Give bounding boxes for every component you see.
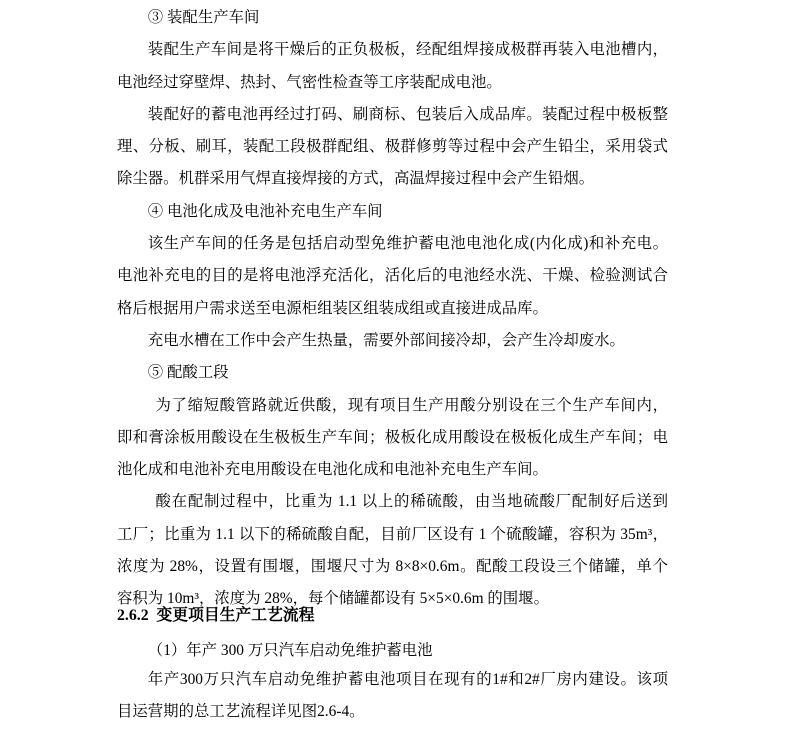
document-line: 目运营期的总工艺流程详见图2.6-4。 (117, 696, 668, 728)
document-line: ⑤ 配酸工段 (117, 357, 668, 389)
document-body: ③ 装配生产车间装配生产车间是将干燥后的正负极板，经配组焊接成极群再装入电池槽内… (117, 2, 668, 728)
document-line: ③ 装配生产车间 (117, 2, 668, 34)
document-page: ③ 装配生产车间装配生产车间是将干燥后的正负极板，经配组焊接成极群再装入电池槽内… (0, 0, 790, 737)
document-line: 浓度为 28%，设置有围堰，围堰尺寸为 8×8×0.6m。配酸工段设三个储罐，单… (117, 551, 668, 583)
document-line: 除尘器。机群采用气焊直接焊接的方式，高温焊接过程中会产生铅烟。 (117, 163, 668, 195)
document-line: 装配生产车间是将干燥后的正负极板，经配组焊接成极群再装入电池槽内， (117, 34, 668, 66)
document-line: 充电水槽在工作中会产生热量，需要外部间接冷却，会产生冷却废水。 (117, 325, 668, 357)
document-line: 装配好的蓄电池再经过打码、刷商标、包装后入成品库。装配过程中极板整 (117, 99, 668, 131)
document-line: 工厂；比重为 1.1 以下的稀硫酸自配，目前厂区设有 1 个硫酸罐，容积为 35… (117, 519, 668, 551)
document-line: 格后根据用户需求送至电源柜组装区组装成组或直接进成品库。 (117, 293, 668, 325)
document-line: 为了缩短酸管路就近供酸，现有项目生产用酸分别设在三个生产车间内， (117, 390, 668, 422)
document-line: 即和膏涂板用酸设在生极板生产车间；极板化成用酸设在极板化成生产车间；电 (117, 422, 668, 454)
document-line: 酸在配制过程中，比重为 1.1 以上的稀硫酸，由当地硫酸厂配制好后送到 (117, 486, 668, 518)
document-line: 理、分板、刷耳，装配工段极群配组、极群修剪等过程中会产生铅尘，采用袋式 (117, 131, 668, 163)
document-line: 电池经过穿壁焊、热封、气密性检查等工序装配成电池。 (117, 67, 668, 99)
document-line: 年产300万只汽车启动免维护蓄电池项目在现有的1#和2#厂房内建设。该项 (117, 664, 668, 696)
document-line: 该生产车间的任务是包括启动型免维护蓄电池电池化成(内化成)和补充电。 (117, 228, 668, 260)
document-line: ④ 电池化成及电池补充电生产车间 (117, 196, 668, 228)
document-line: （1）年产 300 万只汽车启动免维护蓄电池 (117, 637, 668, 664)
document-line: 池化成和电池补充电用酸设在电池化成和电池补充电生产车间。 (117, 454, 668, 486)
document-line: 电池补充电的目的是将电池浮充活化，活化后的电池经水洗、干燥、检验测试合 (117, 260, 668, 292)
